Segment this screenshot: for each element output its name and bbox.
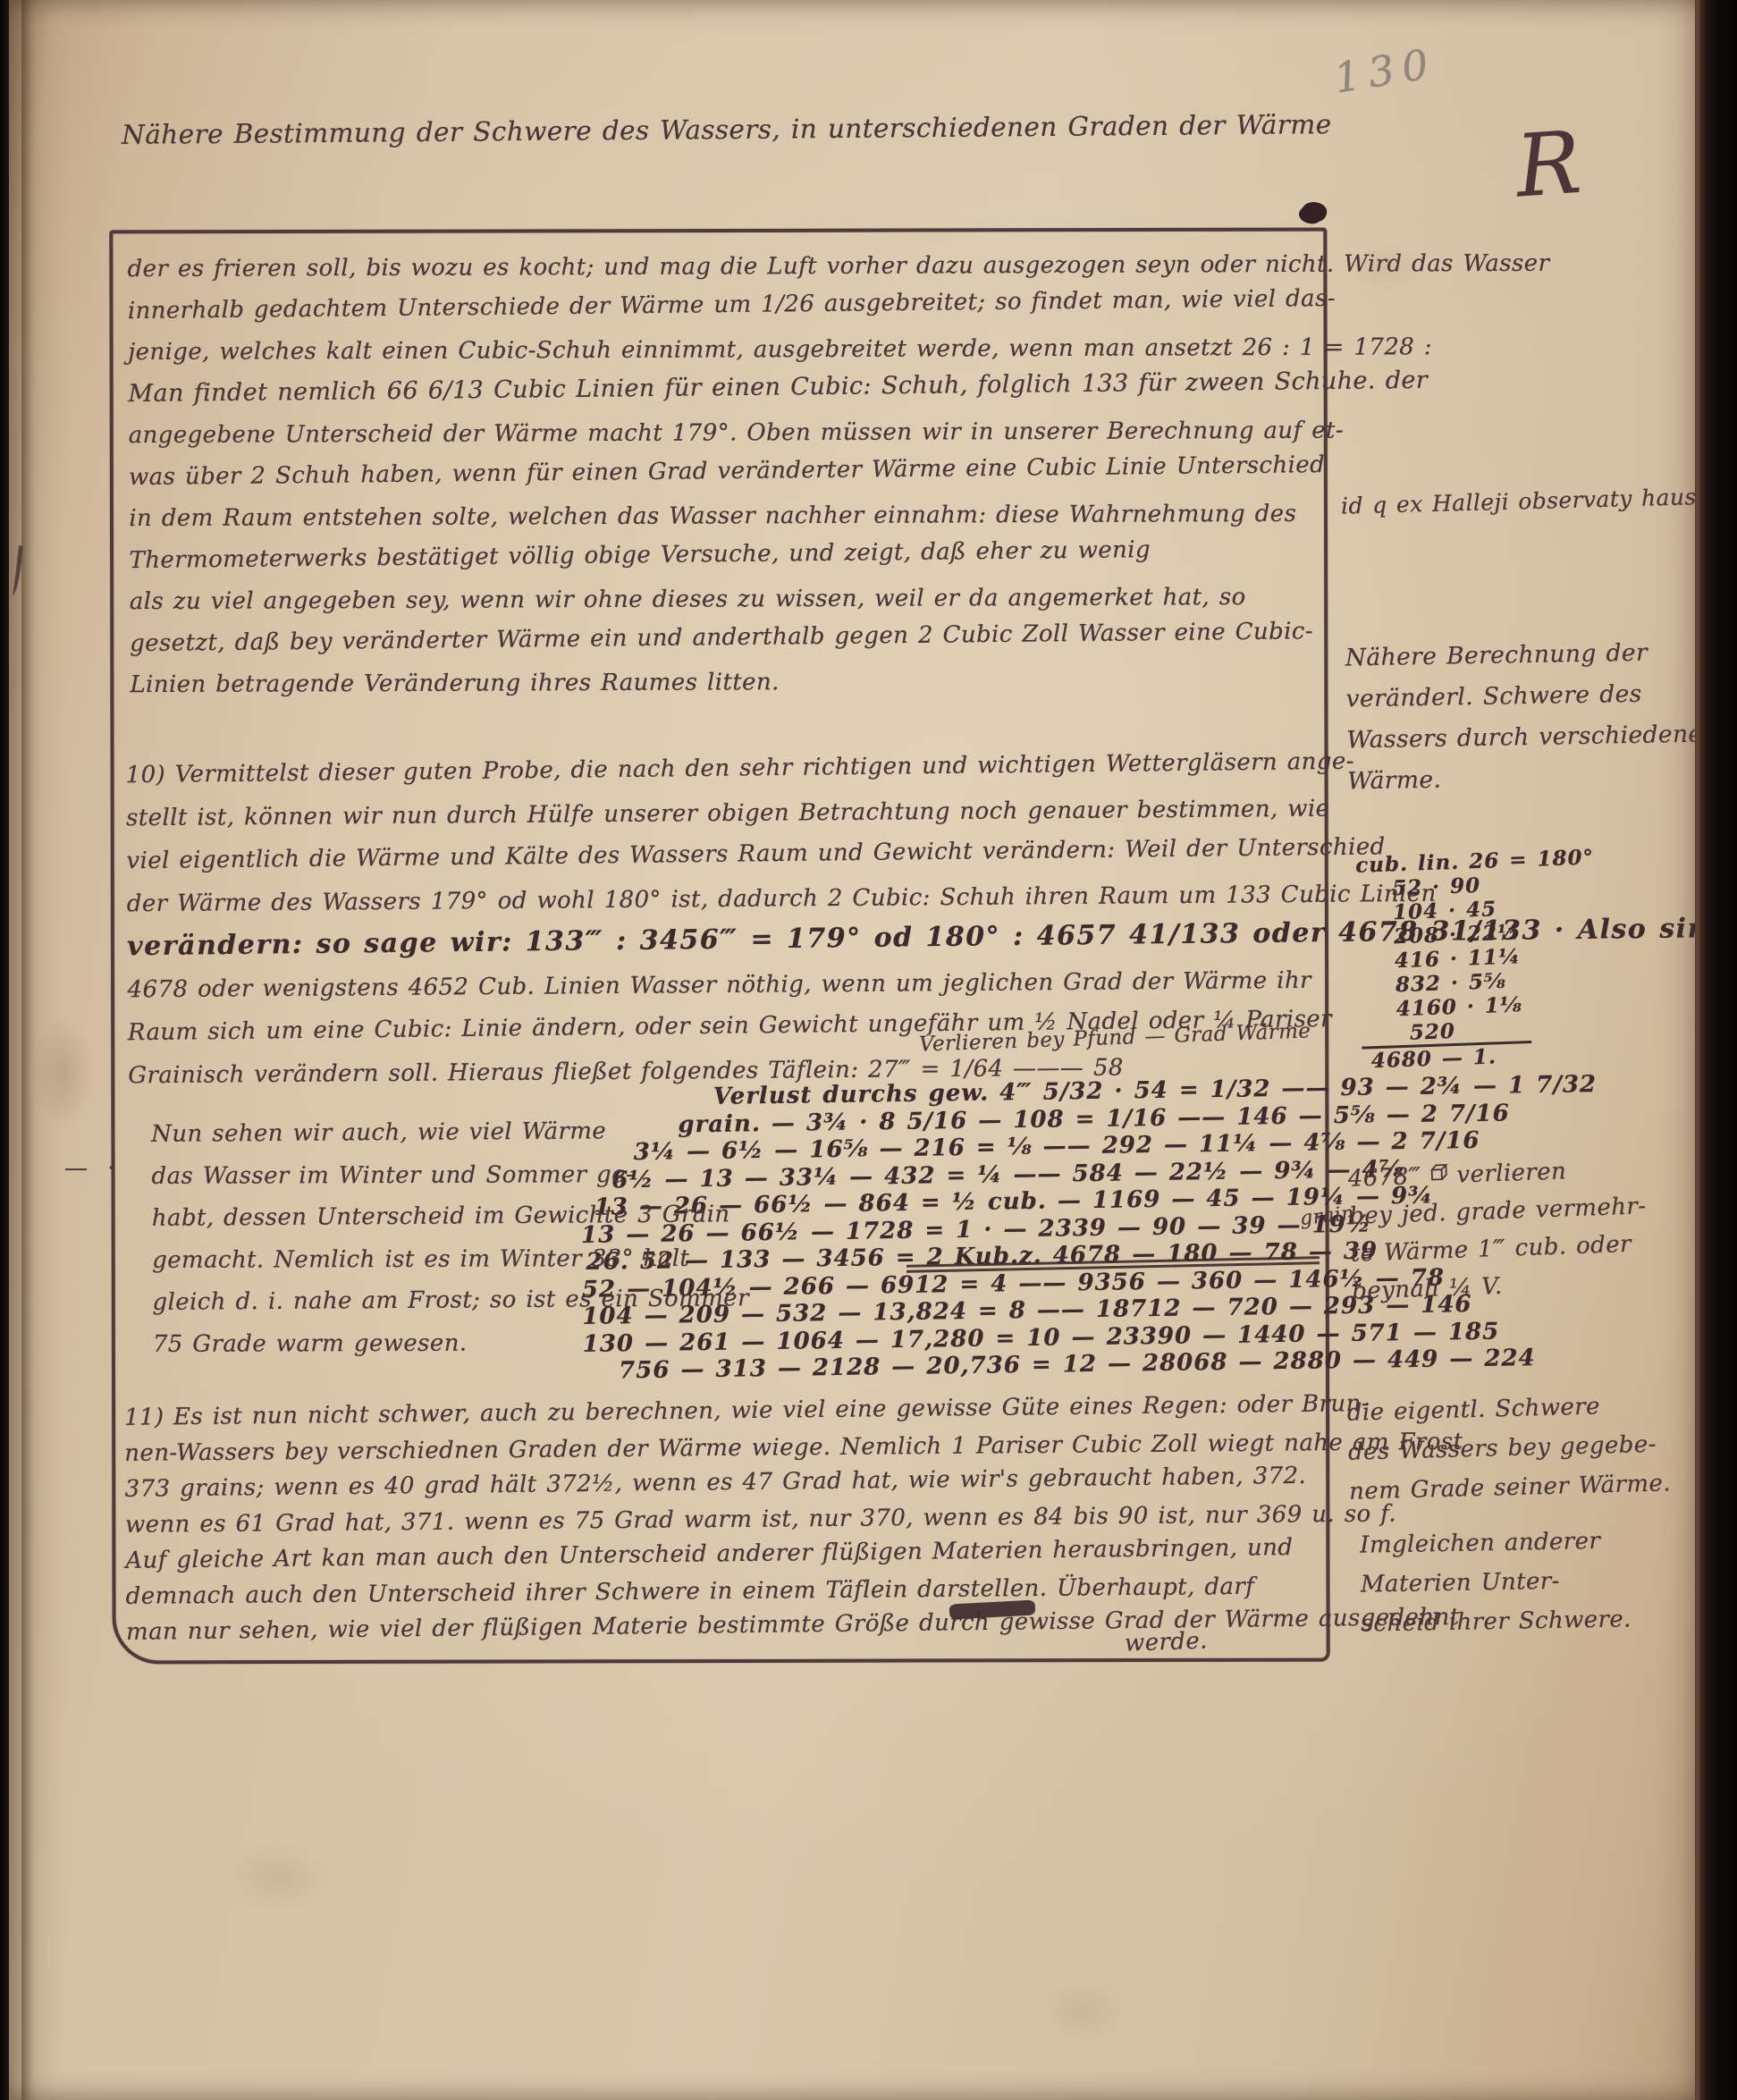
verlieren-word: verlieren <box>1456 1152 1567 1193</box>
text-line: Nun sehen wir auch, wie viel Wärme <box>151 1110 634 1156</box>
text-line: das Wasser im Winter und Sommer ge- <box>151 1154 634 1198</box>
margin-note-schwere: die eigentl. Schweredes Wassers bey gege… <box>1346 1385 1671 1511</box>
verlieren-value: 4678‴ <box>1347 1158 1421 1198</box>
margin-note-verlieren: 4678‴ verlieren bey jed. grade vermehr-t… <box>1347 1150 1649 1310</box>
page-heading: Nähere Bestimmung der Schwere des Wasser… <box>122 109 1332 150</box>
page-gutter-shadow <box>21 0 36 2100</box>
text-line: Imgleichen anderer <box>1360 1521 1631 1564</box>
margin-note-halley: id q ex Halleji observaty hausit. <box>1341 483 1721 519</box>
text-line: veränderl. Schwere des <box>1345 673 1702 721</box>
text-line: scheid ihrer Schwere. <box>1361 1599 1632 1643</box>
text-line: Materien Unter- <box>1361 1560 1632 1604</box>
closing-word: werde. <box>1125 1627 1209 1657</box>
manuscript-page: 130 R Nähere Bestimmung der Schwere des … <box>9 0 1699 2100</box>
text-line: Nähere Berechnung der <box>1345 632 1701 679</box>
manuscript-scan: 130 R Nähere Bestimmung der Schwere des … <box>0 0 1737 2100</box>
main-paragraph-3-section-11: 11) Es ist nun nicht schwer, auch zu ber… <box>124 1389 1324 1650</box>
main-paragraph-1: der es frieren soll, bis wozu es kocht; … <box>127 241 1322 706</box>
text-line: gleich d. i. nahe am Frost; so ist es ei… <box>152 1278 635 1324</box>
text-line: Linien betragende Veränderung ihres Raum… <box>130 660 1322 706</box>
folio-number: 130 <box>1330 38 1439 102</box>
margin-note-materien: Imgleichen andererMaterien Unter-scheid … <box>1360 1521 1632 1643</box>
margin-figure-column: cub. lin. 26 = 180°52 · 90104 · 45208 · … <box>1355 845 1601 1073</box>
left-margin-dash: — · <box>64 1155 121 1182</box>
text-line: nem Grade seiner Wärme. <box>1349 1463 1672 1511</box>
margin-note-verlieren-rest: bey jed. grade vermehr-te Wärme 1‴ cub. … <box>1349 1187 1649 1311</box>
page-edges-shadow <box>1695 0 1737 2100</box>
text-line: 75 Grade warm gewesen. <box>153 1322 636 1366</box>
text-line: habt, dessen Unterscheid im Gewichte 3 G… <box>152 1194 635 1240</box>
text-line: Wärme. <box>1347 755 1704 803</box>
ink-blot <box>1300 199 1329 224</box>
winter-summer-note: Nun sehen wir auch, wie viel Wärmedas Wa… <box>151 1110 636 1366</box>
text-line: Wassers durch verschiedene <box>1346 714 1703 762</box>
registration-mark: R <box>1513 113 1584 217</box>
cube-sketch-icon <box>1428 1157 1450 1195</box>
margin-note-berechnung: Nähere Berechnung derveränderl. Schwere … <box>1345 632 1703 803</box>
text-line: gemacht. Nemlich ist es im Winter 33° ka… <box>152 1238 635 1282</box>
